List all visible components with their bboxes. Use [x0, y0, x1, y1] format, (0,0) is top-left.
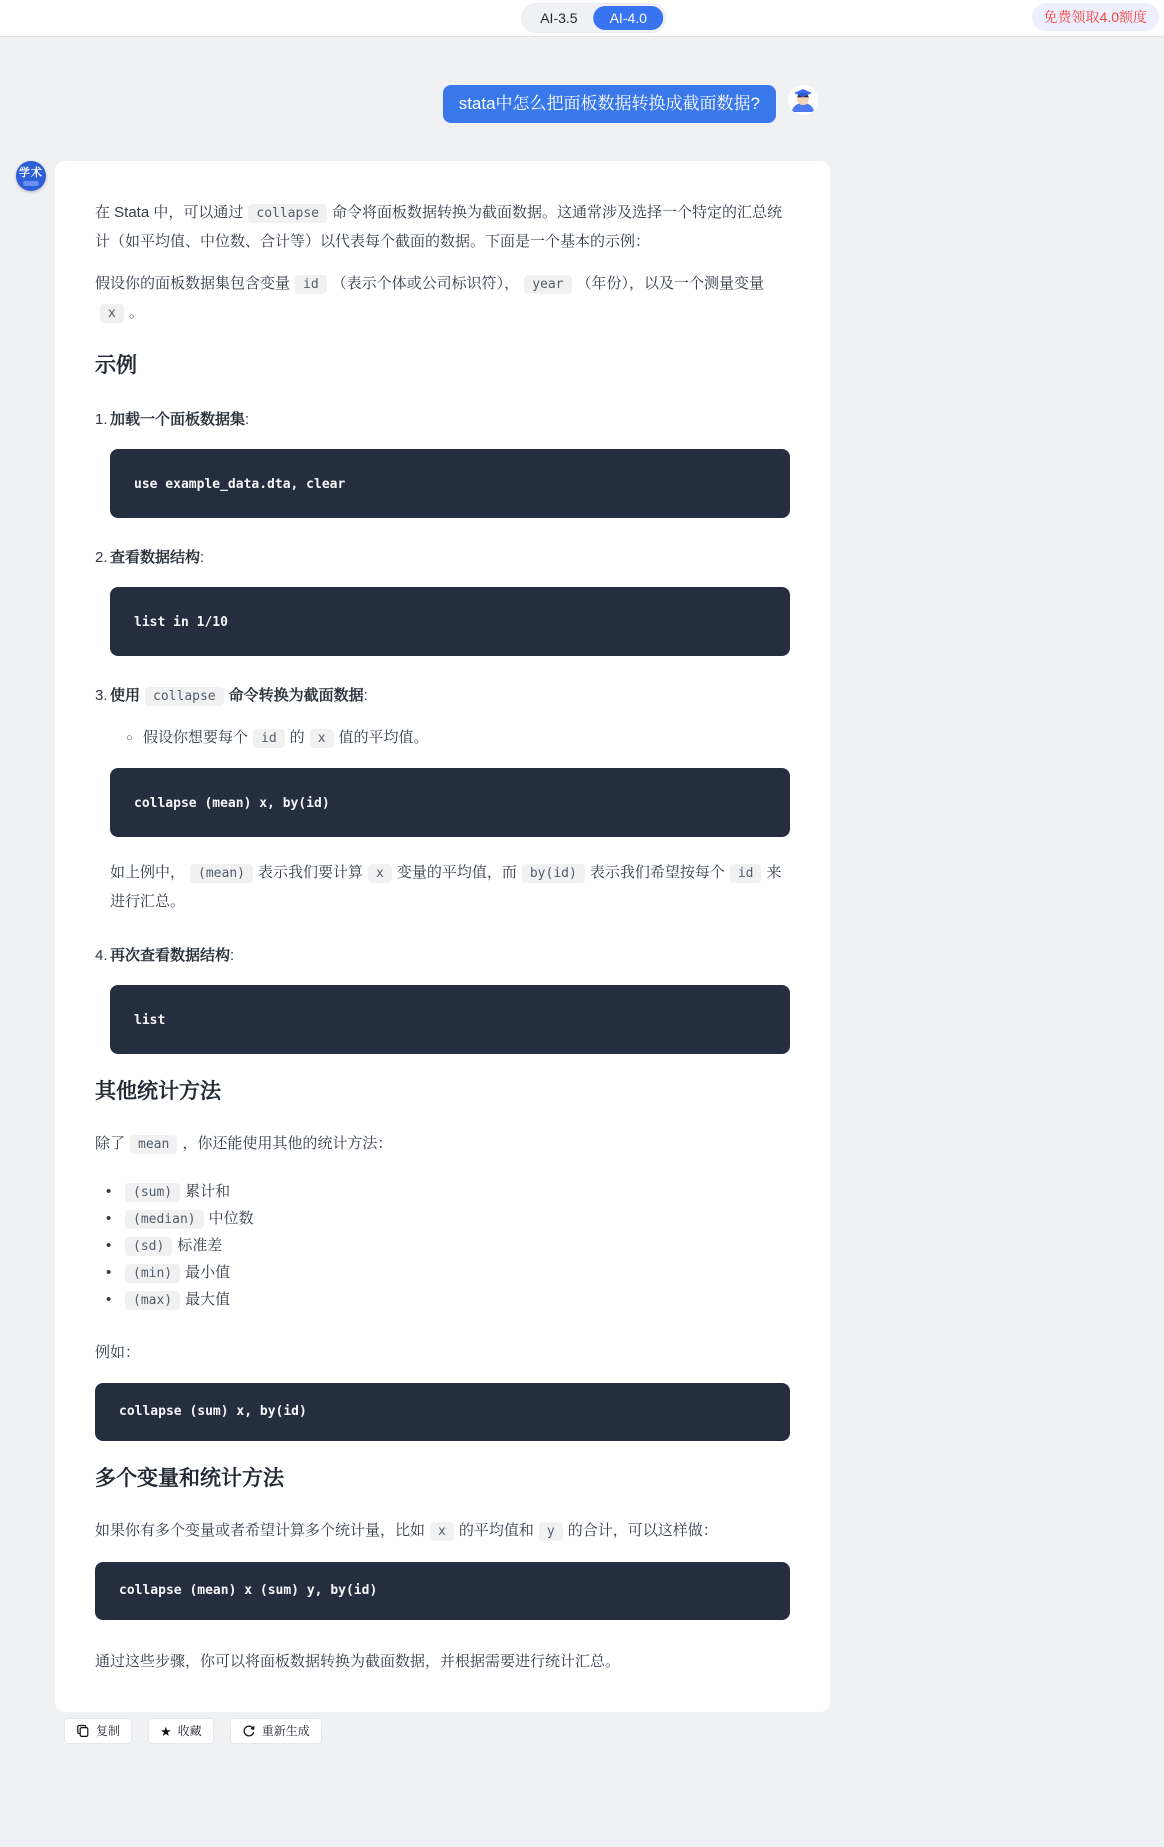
user-message-row: stata中怎么把面板数据转换成截面数据? — [0, 85, 818, 123]
stat-item: •(min)最小值 — [120, 1260, 790, 1287]
text: 表示我们希望按每个 — [590, 864, 725, 881]
text: 如上例中， — [110, 864, 185, 881]
text: 变量的平均值，而 — [397, 864, 517, 881]
text: （表示个体或公司标识符）， — [332, 275, 520, 292]
step-label: 查看数据结构 — [110, 549, 200, 566]
inline-code-mean: mean — [130, 1135, 177, 1154]
step-label: 使用 — [110, 687, 140, 704]
inline-code-collapse: collapse — [248, 204, 327, 223]
stat-item: •(median)中位数 — [120, 1206, 790, 1233]
step-number: 3. — [95, 682, 108, 709]
heading-other-stats: 其他统计方法 — [95, 1080, 790, 1104]
answer-actions: 复制 ★ 收藏 重新生成 — [64, 1718, 1164, 1744]
inline-code-id: id — [295, 275, 327, 294]
inline-code-x: x — [100, 304, 124, 323]
step-item-3: 3.使用collapse命令转换为截面数据: ○假设你想要每个id的x值的平均值… — [110, 682, 790, 916]
inline-code-id: id — [253, 729, 285, 748]
code-text: collapse (sum) x, by(id) — [119, 1404, 307, 1419]
code-block-list-in: list in 1/10 — [110, 587, 790, 656]
text: : — [364, 687, 368, 704]
inline-code-x: x — [310, 729, 334, 748]
inline-code-sd: (sd) — [125, 1237, 172, 1256]
sub-bullet-item: ○假设你想要每个id的x值的平均值。 — [143, 724, 790, 752]
user-message-bubble: stata中怎么把面板数据转换成截面数据? — [443, 85, 776, 123]
text: 除了 — [95, 1135, 125, 1152]
step-label: 命令转换为截面数据 — [229, 687, 364, 704]
paragraph-variables: 假设你的面板数据集包含变量id（表示个体或公司标识符），year（年份），以及一… — [95, 270, 790, 328]
step-number: 1. — [95, 406, 108, 433]
code-text: collapse (mean) x (sum) y, by(id) — [119, 1583, 377, 1598]
promo-badge[interactable]: 免费领取4.0额度 — [1032, 3, 1159, 31]
stat-label: 累计和 — [185, 1183, 230, 1200]
step-label: 再次查看数据结构 — [110, 947, 230, 964]
favorite-button[interactable]: ★ 收藏 — [148, 1718, 214, 1744]
inline-code-x: x — [430, 1522, 454, 1541]
paragraph-note: 如上例中，(mean)表示我们要计算x变量的平均值，而by(id)表示我们希望按… — [110, 859, 790, 916]
bullet-marker: • — [106, 1206, 111, 1232]
favorite-label: 收藏 — [178, 1723, 202, 1739]
assistant-avatar-badge — [23, 181, 39, 186]
step-item-4: 4.再次查看数据结构: list — [110, 942, 790, 1054]
text: 表示我们要计算 — [258, 864, 363, 881]
heading-example: 示例 — [95, 354, 790, 378]
heading-multi-vars: 多个变量和统计方法 — [95, 1467, 790, 1491]
stat-label: 中位数 — [209, 1210, 254, 1227]
bullet-marker: • — [106, 1179, 111, 1205]
text: 假设你的面板数据集包含变量 — [95, 275, 290, 292]
sub-bullet-list: ○假设你想要每个id的x值的平均值。 — [110, 724, 790, 752]
text: 的平均值和 — [459, 1522, 534, 1539]
bullet-marker: • — [106, 1260, 111, 1286]
step-list: 1.加载一个面板数据集: use example_data.dta, clear… — [95, 406, 790, 1054]
model-toggle: AI-3.5 AI-4.0 — [521, 3, 666, 33]
paragraph-other-stats: 除了mean，你还能使用其他的统计方法： — [95, 1130, 790, 1159]
paragraph-for-example: 例如： — [95, 1339, 790, 1367]
text: ，你还能使用其他的统计方法： — [182, 1135, 392, 1152]
topbar: AI-3.5 AI-4.0 免费领取4.0额度 — [0, 0, 1164, 36]
stat-label: 最小值 — [185, 1264, 230, 1281]
code-block-collapse-sum: collapse (sum) x, by(id) — [95, 1383, 790, 1441]
text: 的合计，可以这样做： — [568, 1522, 718, 1539]
answer-card: 在 Stata 中，可以通过collapse命令将面板数据转换为截面数据。这通常… — [55, 161, 830, 1712]
text: : — [245, 411, 249, 428]
bullet-marker: • — [106, 1287, 111, 1313]
star-icon: ★ — [160, 1725, 172, 1738]
paragraph-intro: 在 Stata 中，可以通过collapse命令将面板数据转换为截面数据。这通常… — [95, 199, 790, 256]
code-text: collapse (mean) x, by(id) — [134, 796, 330, 811]
copy-icon — [76, 1724, 90, 1738]
tab-ai-4-0[interactable]: AI-4.0 — [594, 6, 663, 30]
text: 的 — [290, 729, 305, 746]
inline-code-sum: (sum) — [125, 1183, 180, 1202]
inline-code-x: x — [368, 864, 392, 883]
stat-label: 最大值 — [185, 1291, 230, 1308]
code-text: list — [134, 1013, 165, 1028]
assistant-avatar: 学术 — [16, 161, 46, 191]
inline-code-y: y — [539, 1522, 563, 1541]
copy-button[interactable]: 复制 — [64, 1718, 132, 1744]
code-text: list in 1/10 — [134, 615, 228, 630]
text: （年份），以及一个测量变量 — [577, 275, 765, 292]
text: 如果你有多个变量或者希望计算多个统计量，比如 — [95, 1522, 425, 1539]
paragraph-conclusion: 通过这些步骤，你可以将面板数据转换为截面数据，并根据需要进行统计汇总。 — [95, 1648, 790, 1676]
code-block-collapse-mean: collapse (mean) x, by(id) — [110, 768, 790, 837]
inline-code-collapse: collapse — [145, 687, 224, 706]
text: 。 — [129, 304, 144, 321]
sub-bullet-marker: ○ — [126, 725, 133, 752]
step-label: 加载一个面板数据集 — [110, 411, 245, 428]
text: 值的平均值。 — [339, 729, 429, 746]
bullet-marker: • — [106, 1233, 111, 1259]
text: : — [230, 947, 234, 964]
text: 假设你想要每个 — [143, 729, 248, 746]
step-number: 4. — [95, 942, 108, 969]
code-block-use: use example_data.dta, clear — [110, 449, 790, 518]
step-item-2: 2.查看数据结构: list in 1/10 — [110, 544, 790, 656]
stat-item: •(sd)标准差 — [120, 1233, 790, 1260]
inline-code-max: (max) — [125, 1291, 180, 1310]
student-avatar-icon — [788, 102, 818, 115]
stat-item: •(max)最大值 — [120, 1287, 790, 1314]
inline-code-mean: (mean) — [190, 864, 253, 883]
stat-label: 标准差 — [177, 1237, 222, 1254]
step-item-1: 1.加载一个面板数据集: use example_data.dta, clear — [110, 406, 790, 518]
inline-code-by-id: by(id) — [522, 864, 585, 883]
code-block-collapse-multi: collapse (mean) x (sum) y, by(id) — [95, 1562, 790, 1620]
stat-item: •(sum)累计和 — [120, 1179, 790, 1206]
text: : — [200, 549, 204, 566]
tab-ai-3-5[interactable]: AI-3.5 — [524, 6, 593, 30]
inline-code-year: year — [524, 275, 571, 294]
regenerate-label: 重新生成 — [262, 1723, 310, 1739]
user-avatar — [788, 85, 818, 115]
step-number: 2. — [95, 544, 108, 571]
paragraph-multi-vars: 如果你有多个变量或者希望计算多个统计量，比如x的平均值和y的合计，可以这样做： — [95, 1517, 790, 1546]
inline-code-id: id — [730, 864, 762, 883]
regenerate-button[interactable]: 重新生成 — [230, 1718, 322, 1744]
code-block-list: list — [110, 985, 790, 1054]
assistant-avatar-label: 学术 — [19, 167, 43, 179]
refresh-icon — [242, 1724, 256, 1738]
stats-list: •(sum)累计和 •(median)中位数 •(sd)标准差 •(min)最小… — [95, 1179, 790, 1314]
assistant-message-row: 学术 在 Stata 中，可以通过collapse命令将面板数据转换为截面数据。… — [0, 161, 1164, 1712]
inline-code-min: (min) — [125, 1264, 180, 1283]
copy-label: 复制 — [96, 1723, 120, 1739]
code-text: use example_data.dta, clear — [134, 477, 345, 492]
text: 在 Stata 中，可以通过 — [95, 204, 243, 221]
inline-code-median: (median) — [125, 1210, 204, 1229]
